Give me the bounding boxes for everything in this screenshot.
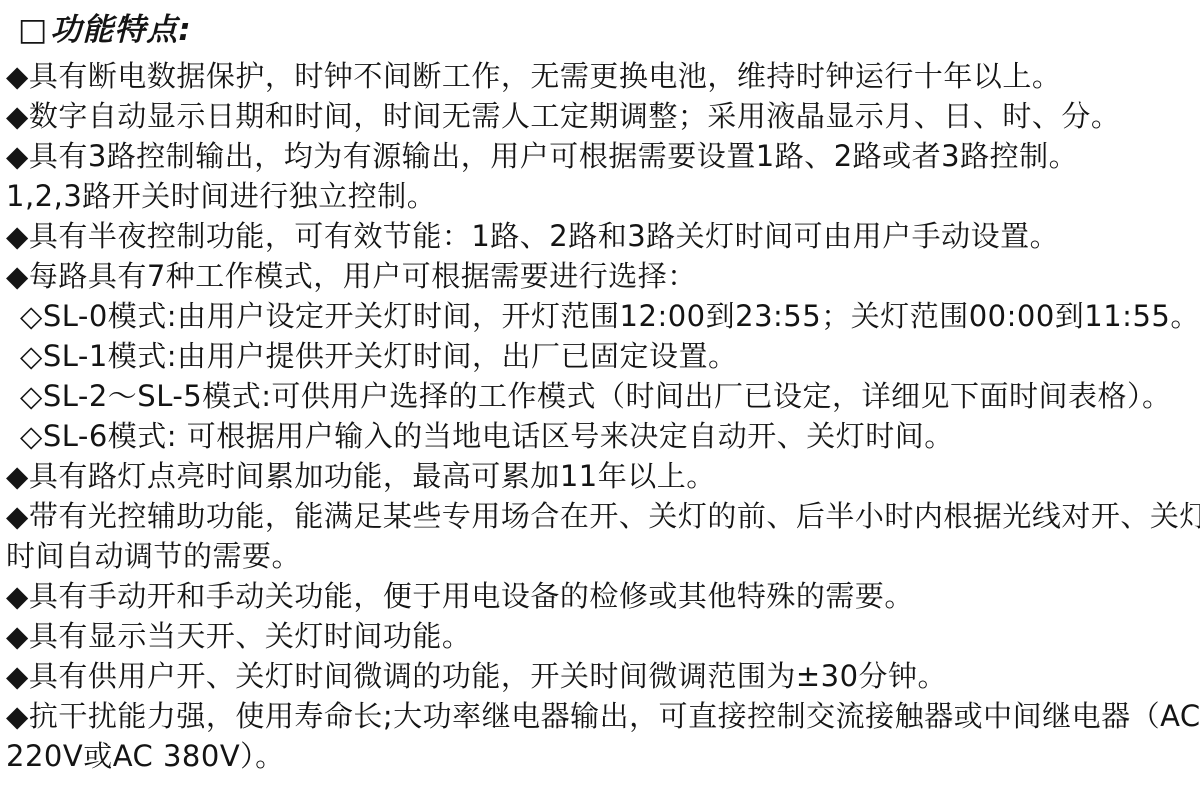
feature-text: 具有手动开和手动关功能，便于用电设备的检修或其他特殊的需要。	[29, 579, 914, 613]
feature-text: SL-1模式:由用户提供开关灯时间，出厂已固定设置。	[43, 339, 738, 373]
open-diamond-icon: ◇	[20, 416, 43, 456]
square-outline-icon: □	[18, 12, 48, 48]
filled-diamond-icon: ◆	[6, 496, 29, 536]
feature-line-continuation: 时间自动调节的需要。	[6, 536, 1192, 576]
feature-line-continuation: 220V或AC 380V）。	[6, 736, 1192, 776]
feature-text: 具有3路控制输出，均为有源输出，用户可根据需要设置1路、2路或者3路控制。	[29, 139, 1078, 173]
feature-line: ◆数字自动显示日期和时间，时间无需人工定期调整；采用液晶显示月、日、时、分。	[6, 96, 1192, 136]
feature-text: 每路具有7种工作模式，用户可根据需要进行选择：	[29, 259, 697, 293]
filled-diamond-icon: ◆	[6, 96, 29, 136]
feature-line-sl-mode: ◇SL-2～SL-5模式:可供用户选择的工作模式（时间出厂已设定，详细见下面时间…	[6, 376, 1192, 416]
filled-diamond-icon: ◆	[6, 576, 29, 616]
filled-diamond-icon: ◆	[6, 56, 29, 96]
feature-text: 1,2,3路开关时间进行独立控制。	[6, 179, 436, 213]
feature-text: 具有半夜控制功能，可有效节能：1路、2路和3路关灯时间可由用户手动设置。	[29, 219, 1059, 253]
feature-line: ◆带有光控辅助功能，能满足某些专用场合在开、关灯的前、后半小时内根据光线对开、关…	[6, 496, 1192, 536]
feature-line: ◆具有手动开和手动关功能，便于用电设备的检修或其他特殊的需要。	[6, 576, 1192, 616]
feature-line: ◆具有断电数据保护，时钟不间断工作，无需更换电池，维持时钟运行十年以上。	[6, 56, 1192, 96]
filled-diamond-icon: ◆	[6, 456, 29, 496]
feature-line: ◆具有供用户开、关灯时间微调的功能，开关时间微调范围为±30分钟。	[6, 656, 1192, 696]
feature-line: ◆具有半夜控制功能，可有效节能：1路、2路和3路关灯时间可由用户手动设置。	[6, 216, 1192, 256]
feature-document: □功能特点: ◆具有断电数据保护，时钟不间断工作，无需更换电池，维持时钟运行十年…	[0, 0, 1200, 791]
feature-text: 带有光控辅助功能，能满足某些专用场合在开、关灯的前、后半小时内根据光线对开、关灯	[29, 499, 1200, 533]
filled-diamond-icon: ◆	[6, 256, 29, 296]
filled-diamond-icon: ◆	[6, 616, 29, 656]
feature-text: SL-0模式:由用户设定开关灯时间，开灯范围12:00到23:55；关灯范围00…	[43, 299, 1200, 333]
feature-text: 220V或AC 380V）。	[6, 739, 285, 773]
feature-text: 具有供用户开、关灯时间微调的功能，开关时间微调范围为±30分钟。	[29, 659, 947, 693]
section-title: □功能特点:	[6, 6, 1192, 54]
feature-line: ◆抗干扰能力强，使用寿命长;大功率继电器输出，可直接控制交流接触器或中间继电器（…	[6, 696, 1192, 736]
filled-diamond-icon: ◆	[6, 696, 29, 736]
feature-text: SL-6模式: 可根据用户输入的当地电话区号来决定自动开、关灯时间。	[43, 419, 954, 453]
feature-line: ◆具有3路控制输出，均为有源输出，用户可根据需要设置1路、2路或者3路控制。	[6, 136, 1192, 176]
open-diamond-icon: ◇	[20, 376, 43, 416]
feature-line-sl-mode: ◇SL-1模式:由用户提供开关灯时间，出厂已固定设置。	[6, 336, 1192, 376]
feature-line-sl-mode: ◇SL-0模式:由用户设定开关灯时间，开灯范围12:00到23:55；关灯范围0…	[6, 296, 1192, 336]
feature-line: ◆具有显示当天开、关灯时间功能。	[6, 616, 1192, 656]
feature-text: 具有显示当天开、关灯时间功能。	[29, 619, 472, 653]
feature-line-sl-mode: ◇SL-6模式: 可根据用户输入的当地电话区号来决定自动开、关灯时间。	[6, 416, 1192, 456]
feature-text: 时间自动调节的需要。	[6, 539, 301, 573]
feature-text: 抗干扰能力强，使用寿命长;大功率继电器输出，可直接控制交流接触器或中间继电器（A…	[29, 699, 1200, 733]
section-title-text: 功能特点:	[50, 12, 191, 48]
feature-text: 具有断电数据保护，时钟不间断工作，无需更换电池，维持时钟运行十年以上。	[29, 59, 1062, 93]
filled-diamond-icon: ◆	[6, 656, 29, 696]
feature-text: SL-2～SL-5模式:可供用户选择的工作模式（时间出厂已设定，详细见下面时间表…	[43, 379, 1172, 413]
feature-text: 数字自动显示日期和时间，时间无需人工定期调整；采用液晶显示月、日、时、分。	[29, 99, 1121, 133]
feature-line: ◆每路具有7种工作模式，用户可根据需要进行选择：	[6, 256, 1192, 296]
feature-line-continuation: 1,2,3路开关时间进行独立控制。	[6, 176, 1192, 216]
filled-diamond-icon: ◆	[6, 216, 29, 256]
feature-line: ◆具有路灯点亮时间累加功能，最高可累加11年以上。	[6, 456, 1192, 496]
open-diamond-icon: ◇	[20, 336, 43, 376]
feature-text: 具有路灯点亮时间累加功能，最高可累加11年以上。	[29, 459, 716, 493]
open-diamond-icon: ◇	[20, 296, 43, 336]
filled-diamond-icon: ◆	[6, 136, 29, 176]
